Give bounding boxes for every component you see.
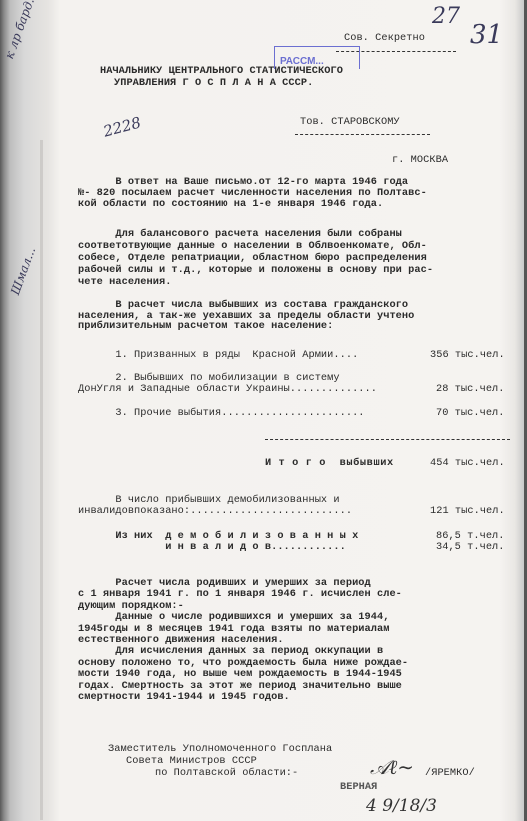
paragraph-line: собесе, Отделе репатриации, областном бю…: [78, 253, 427, 264]
paragraph-line: естественного движения населения.: [78, 635, 284, 646]
certification-stamp: ВЕРНАЯ: [340, 782, 377, 793]
handwritten-signature: 𝒜ℓ∼: [370, 755, 414, 780]
item-1-label: 1. Призванных в ряды Красной Армии....: [78, 350, 358, 361]
paragraph-line: мости 1940 года, но выше чем рождаемость…: [78, 669, 402, 680]
addressee-person: Тов. СТАРОВСКОМУ: [300, 117, 400, 128]
item-1-value: 356 тыс.чел.: [430, 350, 505, 361]
total-value: 454 тыс.чел.: [430, 458, 505, 469]
paragraph-line: Для исчисления данных за период оккупаци…: [78, 646, 383, 657]
margin-note-top-left: к лр бард.: [2, 0, 37, 61]
item-2-value: 28 тыс.чел.: [436, 384, 505, 395]
signature-line-3: по Полтавской области:-: [155, 768, 298, 779]
arrived-label: инвалидовпоказано:......................…: [78, 506, 352, 517]
signature-line-1: Заместитель Уполномоченного Госплана: [108, 744, 332, 755]
paragraph-line: смертности 1941-1944 и 1945 годов.: [78, 692, 290, 703]
folio-number-handwritten-2: 31: [470, 20, 503, 50]
paragraph-line: чете населения.: [78, 277, 171, 288]
arrived-value: 121 тыс.чел.: [430, 506, 505, 517]
handwritten-archive-number: 4 9/18/3: [366, 796, 437, 816]
signatory-name: /ЯРЕМКО/: [425, 768, 475, 779]
addressee-line-1: НАЧАЛЬНИКУ ЦЕНТРАЛЬНОГО СТАТИСТИЧЕСКОГО: [100, 66, 343, 77]
paragraph-line: годах. Смертность за этот же период знач…: [78, 681, 402, 692]
invalids-label: и н в а л и д о в............: [78, 542, 346, 553]
paragraph-line: кой области по состоянию на 1-е января 1…: [78, 199, 383, 210]
total-separator: [265, 439, 510, 440]
addressee-line-2: УПРАВЛЕНИЯ Г О С П Л А Н А СССР.: [114, 78, 313, 89]
classification-label: Сов. Секретно: [344, 33, 425, 44]
paragraph-line: дующим порядком:-: [78, 601, 184, 612]
paragraph-line: приблизительным расчетом такое население…: [78, 321, 333, 332]
item-3-label: 3. Прочие выбытия.......................: [78, 408, 365, 419]
invalids-value: 34,5 т.чел.: [436, 542, 505, 553]
document-page: Сов. Секретно 27 31 РАССМ... НАЧАЛЬНИКУ …: [0, 0, 527, 821]
addressee-underline: [295, 134, 430, 135]
margin-note-number: 2228: [101, 113, 143, 140]
paragraph-line: рабочей силы и т.д., которые и положены …: [78, 265, 433, 276]
signature-line-2: Совета Министров СССР: [126, 756, 257, 767]
paragraph-line: Данные о числе родившихся и умерших за 1…: [78, 612, 389, 623]
paragraph-line: основу положено то, что рождаемость была…: [78, 658, 408, 669]
folio-number-handwritten: 27: [432, 4, 460, 29]
paragraph-line: соответотвующие данные о населении в Обл…: [78, 241, 427, 252]
addressee-city: г. МОСКВА: [392, 155, 448, 166]
total-label: И т о г о выбывших: [265, 458, 394, 469]
item-2-label: ДонУгля и Западные области Украины......…: [78, 384, 377, 395]
paragraph-line: с 1 января 1941 г. по 1 января 1946 г. и…: [78, 589, 402, 600]
item-3-value: 70 тыс.чел.: [436, 408, 505, 419]
paragraph-line: 1945годы и 8 месяцев 1941 года взяты по …: [78, 624, 389, 635]
paragraph-line: Расчет числа родивших и умерших за перио…: [78, 578, 371, 589]
page-edge-shadow: [40, 140, 43, 820]
paragraph-line: Для балансового расчета населения были с…: [78, 229, 402, 240]
margin-note-left: Шмал...: [8, 245, 38, 297]
